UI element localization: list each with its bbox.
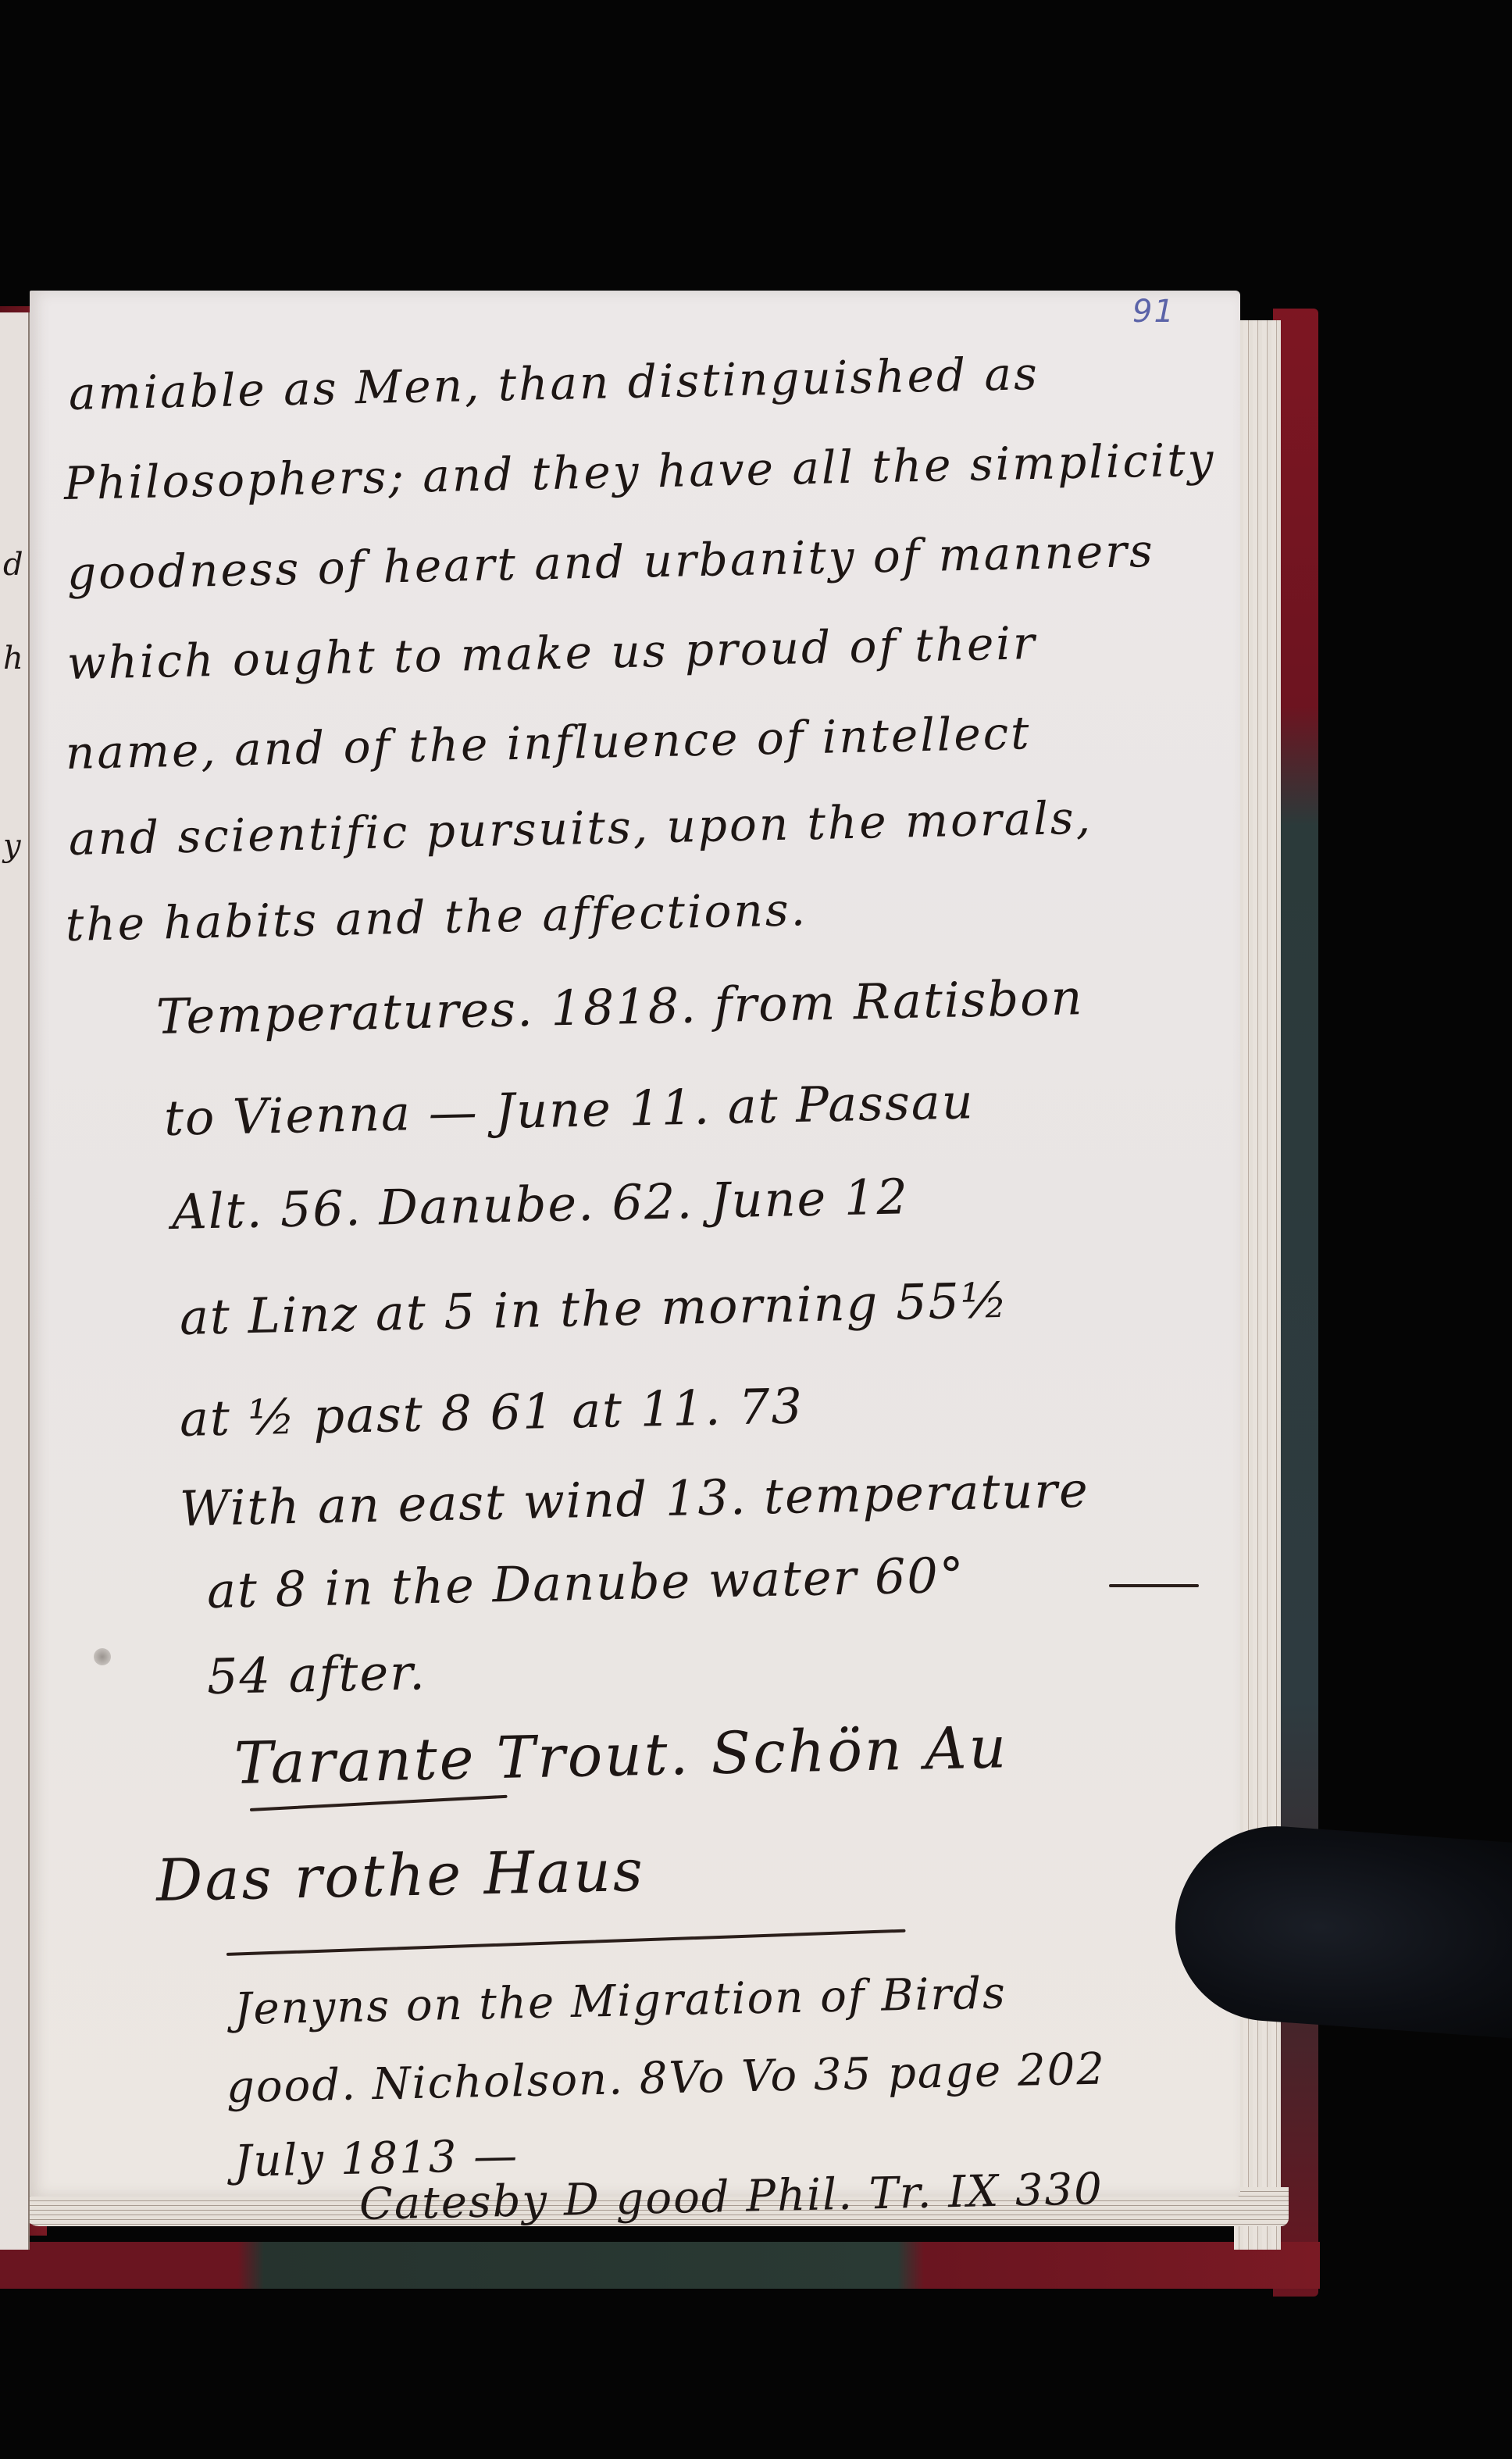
margin-fragment: d (3, 547, 23, 583)
left-page-sliver: d h y (0, 312, 30, 2250)
gloved-thumb (1169, 1819, 1512, 2039)
heading-line: Das rothe Haus (155, 1837, 646, 1915)
margin-fragment: y (3, 828, 21, 864)
margin-fragment: h (3, 641, 23, 676)
dash-mark (1109, 1584, 1199, 1587)
paper-spot (94, 1648, 111, 1665)
note-line: 54 after. (206, 1643, 426, 1705)
book-cover-bottom (0, 2242, 1320, 2289)
page-number: 91 (1132, 294, 1175, 330)
